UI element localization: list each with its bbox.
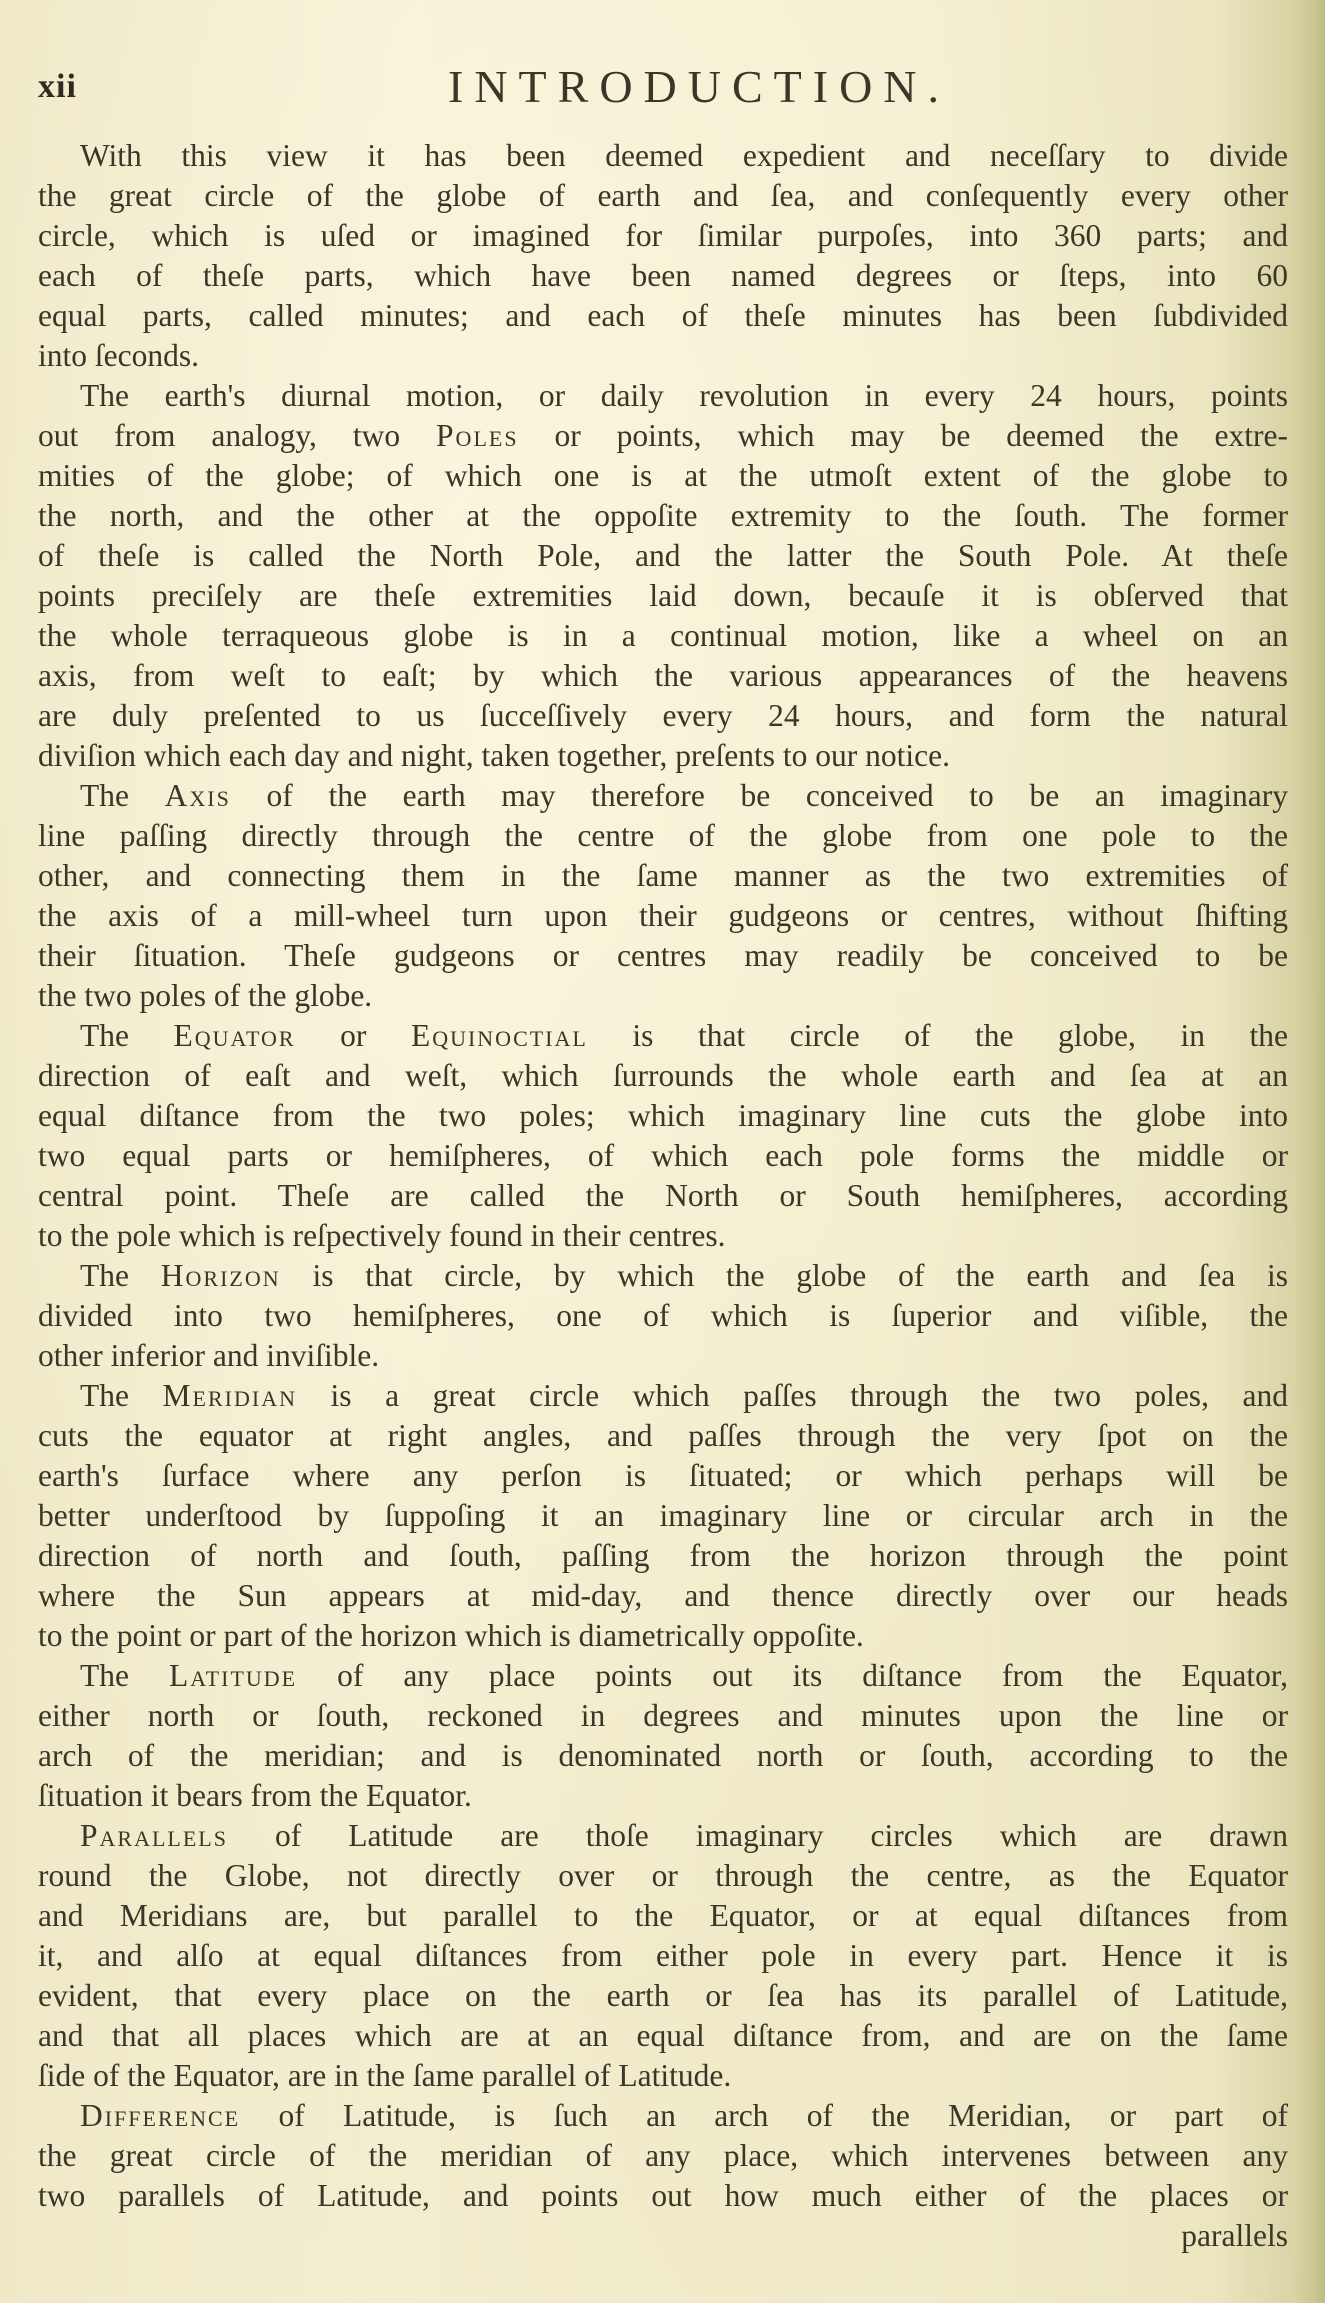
text-line: The Equator or Equinoctial is that circl… <box>38 1016 1288 1056</box>
text-line: two equal parts or hemiſpheres, of which… <box>38 1136 1288 1176</box>
text-line: axis, from weſt to eaſt; by which the va… <box>38 656 1288 696</box>
body-text: With this view it has been deemed expedi… <box>38 136 1288 2256</box>
paragraph-poles: The earth's diurnal motion, or daily rev… <box>38 376 1288 776</box>
paragraph-axis: The Axis of the earth may therefore be c… <box>38 776 1288 1016</box>
text-line: The Axis of the earth may therefore be c… <box>38 776 1288 816</box>
defined-term: Latitude <box>169 1658 297 1693</box>
defined-term: Equinoctial <box>411 1018 588 1053</box>
text-line: equal diſtance from the two poles; which… <box>38 1096 1288 1136</box>
text-line: the great circle of the meridian of any … <box>38 2136 1288 2176</box>
defined-term: Meridian <box>163 1378 297 1413</box>
text-line: arch of the meridian; and is denominated… <box>38 1736 1288 1776</box>
paragraph-difference: Difference of Latitude, is ſuch an arch … <box>38 2096 1288 2216</box>
text-line: of theſe is called the North Pole, and t… <box>38 536 1288 576</box>
text-line: cuts the equator at right angles, and pa… <box>38 1416 1288 1456</box>
page-number: xii <box>38 68 77 106</box>
text-line: are duly preſented to us ſucceſſively ev… <box>38 696 1288 736</box>
paragraph-horizon: The Horizon is that circle, by which the… <box>38 1256 1288 1376</box>
defined-term: Poles <box>436 418 519 453</box>
text-line: ſituation it bears from the Equator. <box>38 1776 1288 1816</box>
text-line: and that all places which are at an equa… <box>38 2016 1288 2056</box>
text-line: the whole terraqueous globe is in a cont… <box>38 616 1288 656</box>
text-line: to the pole which is reſpectively found … <box>38 1216 1288 1256</box>
text-line: points preciſely are theſe extremities l… <box>38 576 1288 616</box>
text-line: direction of north and ſouth, paſſing fr… <box>38 1536 1288 1576</box>
text-line: their ſituation. Theſe gudgeons or centr… <box>38 936 1288 976</box>
paragraph-meridian: The Meridian is a great circle which paſ… <box>38 1376 1288 1656</box>
text-line: and Meridians are, but parallel to the E… <box>38 1896 1288 1936</box>
text-line: it, and alſo at equal diſtances from eit… <box>38 1936 1288 1976</box>
text-line: either north or ſouth, reckoned in degre… <box>38 1696 1288 1736</box>
page-header: xii INTRODUCTION. <box>38 60 1283 120</box>
text-line: Parallels of Latitude are thoſe imaginar… <box>38 1816 1288 1856</box>
text-line: earth's ſurface where any perſon is ſitu… <box>38 1456 1288 1496</box>
text-line: other inferior and inviſible. <box>38 1336 1288 1376</box>
paragraph-degrees: With this view it has been deemed expedi… <box>38 136 1288 376</box>
text-line: central point. Theſe are called the Nort… <box>38 1176 1288 1216</box>
text-line: direction of eaſt and weſt, which ſurrou… <box>38 1056 1288 1096</box>
text-line: each of theſe parts, which have been nam… <box>38 256 1288 296</box>
running-title: INTRODUCTION. <box>448 60 950 113</box>
catchword: parallels <box>38 2216 1288 2256</box>
defined-term: Difference <box>80 2098 240 2133</box>
paragraph-equator: The Equator or Equinoctial is that circl… <box>38 1016 1288 1256</box>
text-line: evident, that every place on the earth o… <box>38 1976 1288 2016</box>
defined-term: Equator <box>174 1018 296 1053</box>
defined-term: Axis <box>165 778 231 813</box>
text-line: Difference of Latitude, is ſuch an arch … <box>38 2096 1288 2136</box>
text-line: line paſſing directly through the centre… <box>38 816 1288 856</box>
defined-term: Parallels <box>80 1818 228 1853</box>
text-line: The Meridian is a great circle which paſ… <box>38 1376 1288 1416</box>
text-line: circle, which is uſed or imagined for ſi… <box>38 216 1288 256</box>
text-line: the axis of a mill-wheel turn upon their… <box>38 896 1288 936</box>
text-line: out from analogy, two Poles or points, w… <box>38 416 1288 456</box>
text-line: ſide of the Equator, are in the ſame par… <box>38 2056 1288 2096</box>
text-line: to the point or part of the horizon whic… <box>38 1616 1288 1656</box>
text-line: With this view it has been deemed expedi… <box>38 136 1288 176</box>
text-line: the north, and the other at the oppoſite… <box>38 496 1288 536</box>
text-line: two parallels of Latitude, and points ou… <box>38 2176 1288 2216</box>
gutter-shadow <box>1295 0 1325 2303</box>
text-line: round the Globe, not directly over or th… <box>38 1856 1288 1896</box>
text-line: The earth's diurnal motion, or daily rev… <box>38 376 1288 416</box>
text-line: mities of the globe; of which one is at … <box>38 456 1288 496</box>
paragraph-parallels: Parallels of Latitude are thoſe imaginar… <box>38 1816 1288 2096</box>
text-line: diviſion which each day and night, taken… <box>38 736 1288 776</box>
text-line: equal parts, called minutes; and each of… <box>38 296 1288 336</box>
defined-term: Horizon <box>161 1258 281 1293</box>
text-line: into ſeconds. <box>38 336 1288 376</box>
text-line: divided into two hemiſpheres, one of whi… <box>38 1296 1288 1336</box>
text-line: The Horizon is that circle, by which the… <box>38 1256 1288 1296</box>
text-line: where the Sun appears at mid-day, and th… <box>38 1576 1288 1616</box>
text-line: other, and connecting them in the ſame m… <box>38 856 1288 896</box>
paragraph-latitude: The Latitude of any place points out its… <box>38 1656 1288 1816</box>
text-line: the great circle of the globe of earth a… <box>38 176 1288 216</box>
text-line: the two poles of the globe. <box>38 976 1288 1016</box>
text-line: The Latitude of any place points out its… <box>38 1656 1288 1696</box>
text-line: better underſtood by ſuppoſing it an ima… <box>38 1496 1288 1536</box>
